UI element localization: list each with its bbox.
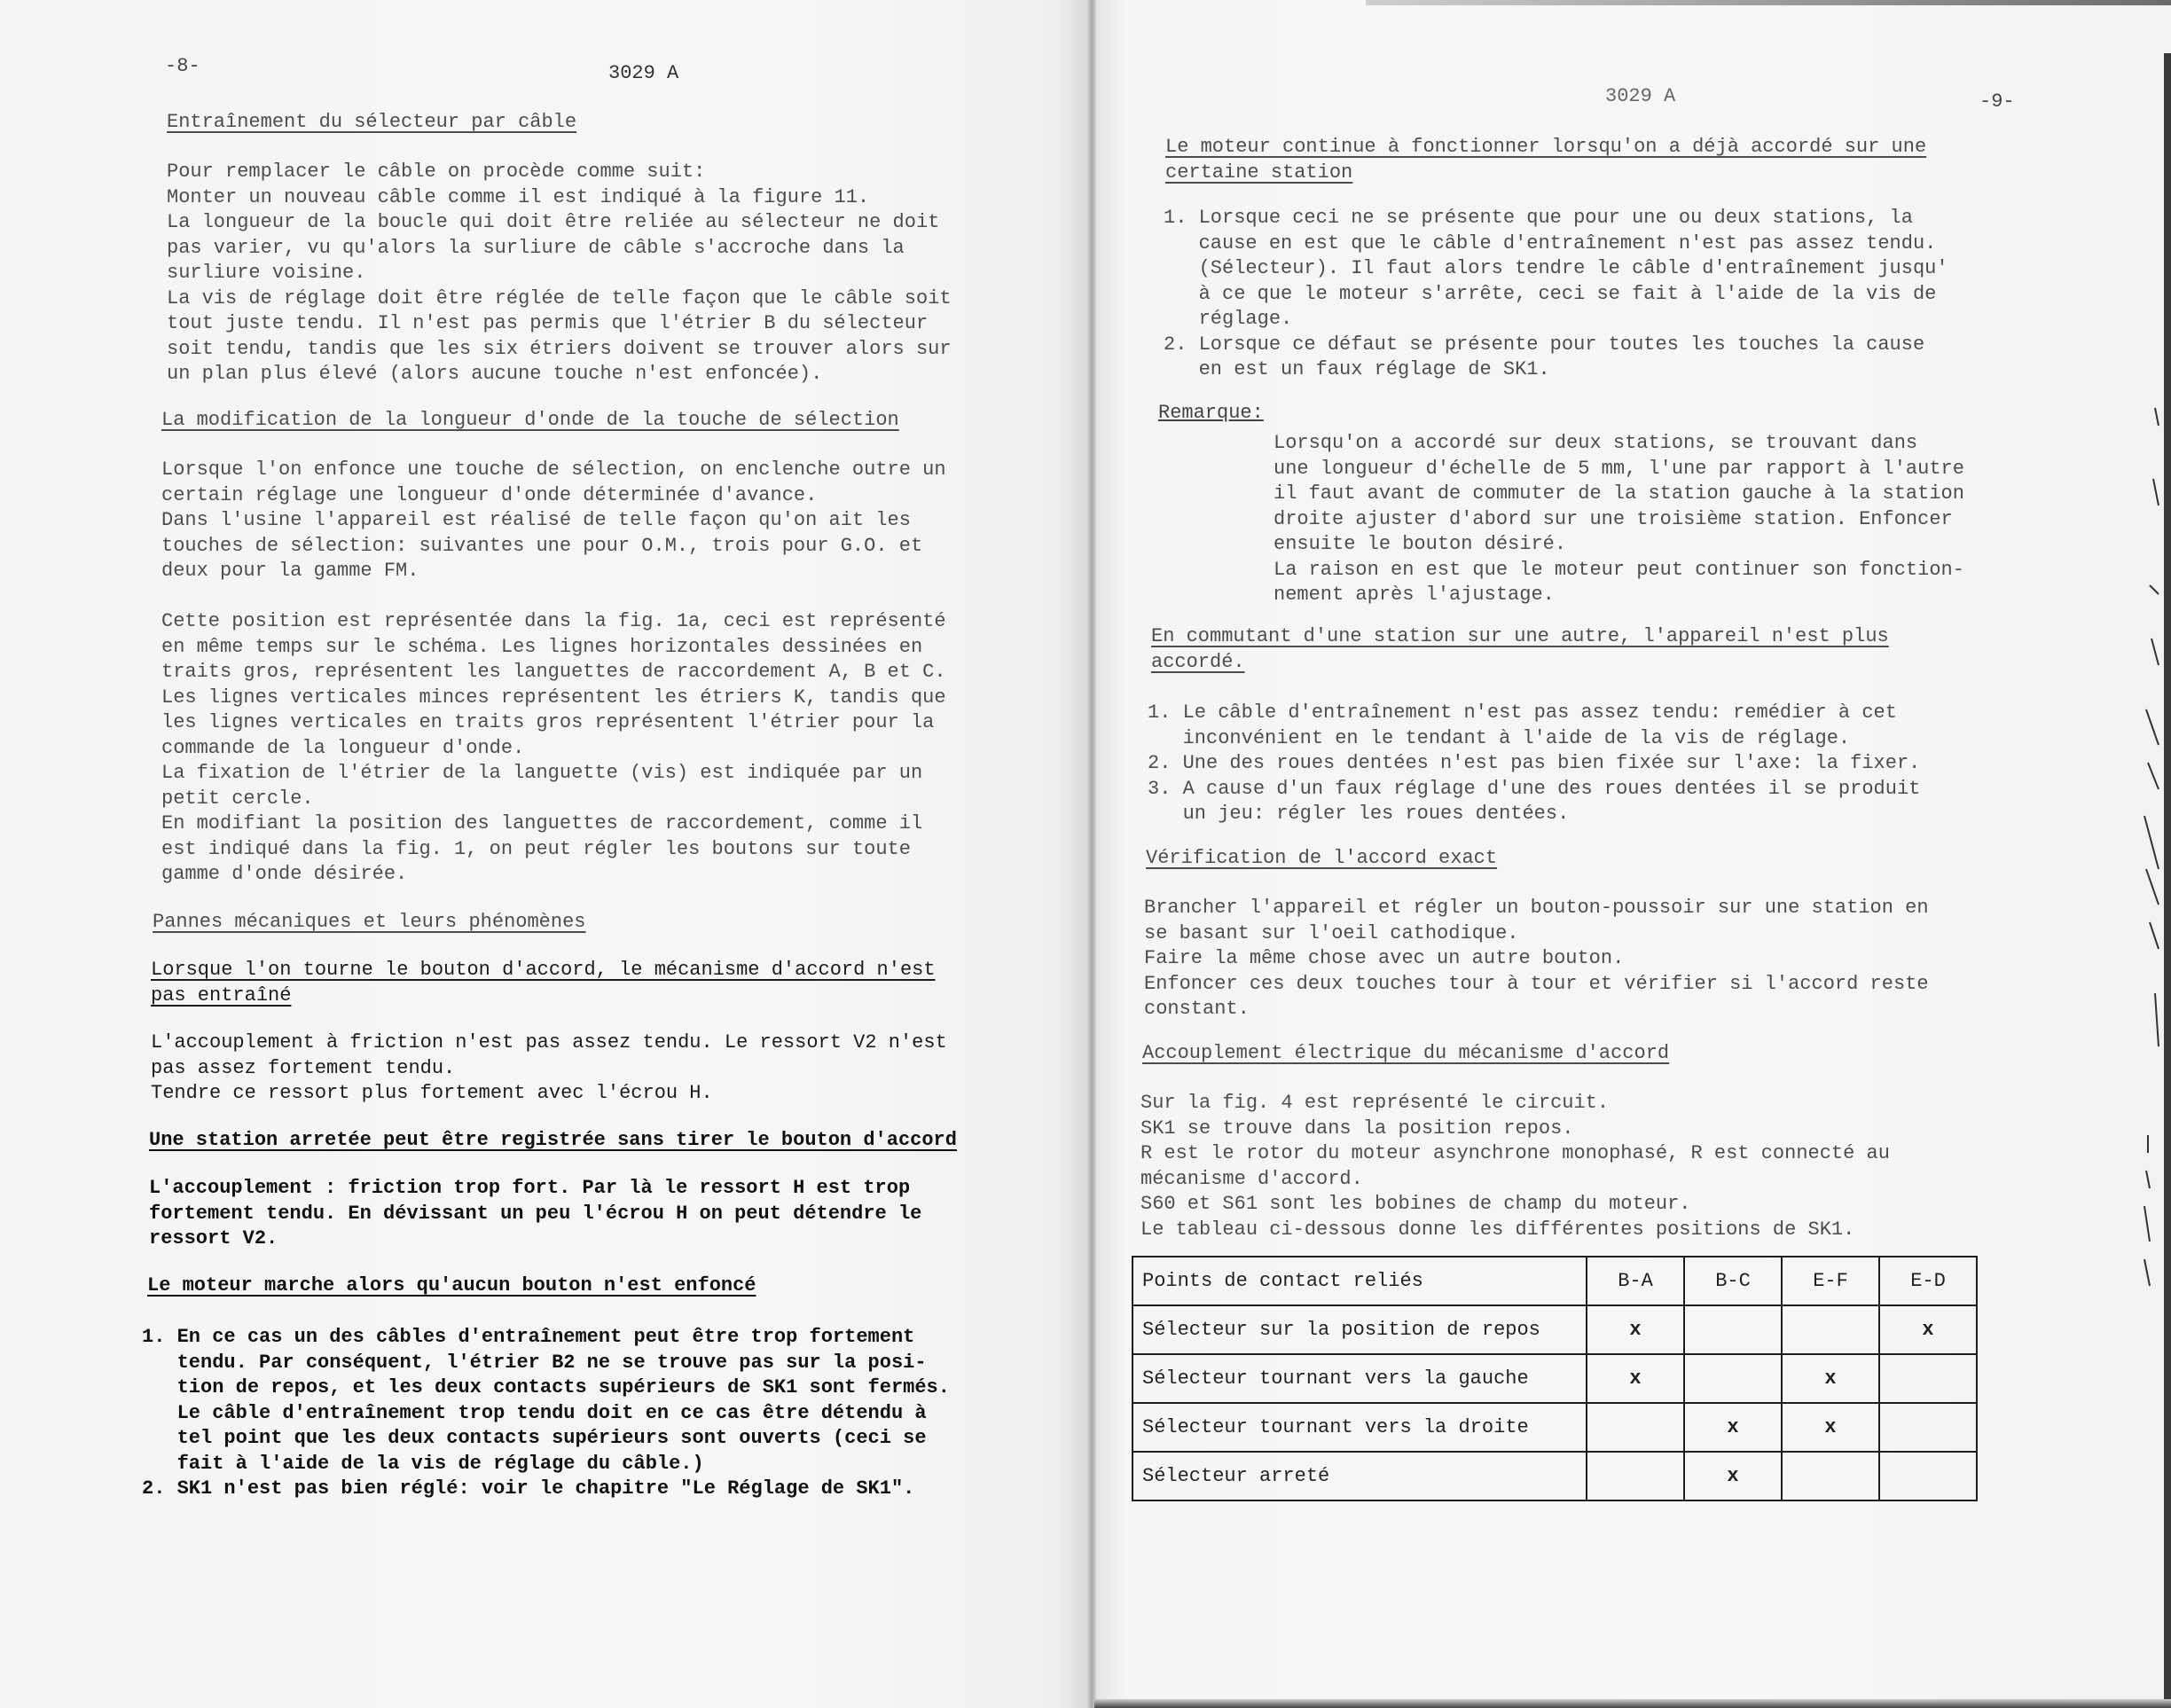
table-cell <box>1879 1354 1977 1403</box>
table-cell <box>1684 1305 1782 1354</box>
margin-bleed-marks <box>2137 372 2160 1392</box>
section-heading: Pannes mécaniques et leurs phénomènes <box>153 910 585 936</box>
table-cell: x <box>1684 1452 1782 1500</box>
section-heading: Une station arretée peut être registrée … <box>149 1128 957 1154</box>
document-number-right: 3029 A <box>1605 85 1675 107</box>
table-cell <box>1782 1452 1879 1500</box>
table-header-cell: B-C <box>1684 1257 1782 1305</box>
section-body: L'accouplement à friction n'est pas asse… <box>151 1030 947 1107</box>
remark-body: Lorsqu'on a accordé sur deux stations, s… <box>1274 431 1964 608</box>
section-body: Pour remplacer le câble on procède comme… <box>167 160 952 388</box>
section-heading: Accouplement électrique du mécanisme d'a… <box>1142 1041 1669 1067</box>
section-heading: La modification de la longueur d'onde de… <box>161 408 899 434</box>
table-cell <box>1587 1452 1684 1500</box>
row-label: Sélecteur tournant vers la gauche <box>1133 1354 1587 1403</box>
table-row: Sélecteur tournant vers la droite x x <box>1133 1403 1977 1452</box>
table-cell <box>1879 1403 1977 1452</box>
sk1-positions-table: Points de contact reliés B-A B-C E-F E-D… <box>1132 1256 1978 1501</box>
page-number-left: -8- <box>165 55 200 77</box>
remark-label: Remarque: <box>1158 401 1264 427</box>
table-cell: x <box>1879 1305 1977 1354</box>
section-heading: Entraînement du sélecteur par câble <box>167 110 576 136</box>
section-heading: Le moteur continue à fonctionner lorsqu'… <box>1165 135 1926 185</box>
book-spine <box>1087 0 1096 1708</box>
section-body: Brancher l'appareil et régler un bouton-… <box>1144 896 1929 1022</box>
page-edge-strip <box>2164 53 2171 1708</box>
table-cell <box>1879 1452 1977 1500</box>
table-cell <box>1587 1403 1684 1452</box>
document-number-left: 3029 A <box>608 62 678 84</box>
table-row: Sélecteur tournant vers la gauche x x <box>1133 1354 1977 1403</box>
table-header-cell: Points de contact reliés <box>1133 1257 1587 1305</box>
table-cell: x <box>1782 1354 1879 1403</box>
table-header-cell: E-D <box>1879 1257 1977 1305</box>
section-body: Sur la fig. 4 est représenté le circuit.… <box>1140 1091 1890 1242</box>
section-heading: Le moteur marche alors qu'aucun bouton n… <box>147 1273 756 1299</box>
page-edge-bottom <box>1094 1699 2171 1708</box>
table-cell: x <box>1782 1403 1879 1452</box>
table-header-row: Points de contact reliés B-A B-C E-F E-D <box>1133 1257 1977 1305</box>
table-cell: x <box>1587 1305 1684 1354</box>
table-header-cell: E-F <box>1782 1257 1879 1305</box>
table-row: Sélecteur sur la position de repos x x <box>1133 1305 1977 1354</box>
section-body: 1. Le câble d'entraînement n'est pas ass… <box>1148 701 1920 827</box>
table-cell: x <box>1684 1403 1782 1452</box>
row-label: Sélecteur tournant vers la droite <box>1133 1403 1587 1452</box>
section-body: 1. Lorsque ceci ne se présente que pour … <box>1164 206 1948 383</box>
section-heading: Lorsque l'on tourne le bouton d'accord, … <box>151 958 936 1008</box>
section-body: L'accouplement : friction trop fort. Par… <box>149 1176 921 1252</box>
row-label: Sélecteur arreté <box>1133 1452 1587 1500</box>
section-heading: Vérification de l'accord exact <box>1146 846 1497 872</box>
page-number-right: -9- <box>1979 90 2015 113</box>
page-edge-shadow <box>1366 0 2171 5</box>
section-body: Lorsque l'on enfonce une touche de sélec… <box>161 458 946 888</box>
table-cell: x <box>1587 1354 1684 1403</box>
table-row: Sélecteur arreté x <box>1133 1452 1977 1500</box>
table-header-cell: B-A <box>1587 1257 1684 1305</box>
row-label: Sélecteur sur la position de repos <box>1133 1305 1587 1354</box>
section-body: 1. En ce cas un des câbles d'entraînemen… <box>142 1325 950 1502</box>
section-heading: En commutant d'une station sur une autre… <box>1151 624 1889 675</box>
table-cell <box>1684 1354 1782 1403</box>
table-cell <box>1782 1305 1879 1354</box>
